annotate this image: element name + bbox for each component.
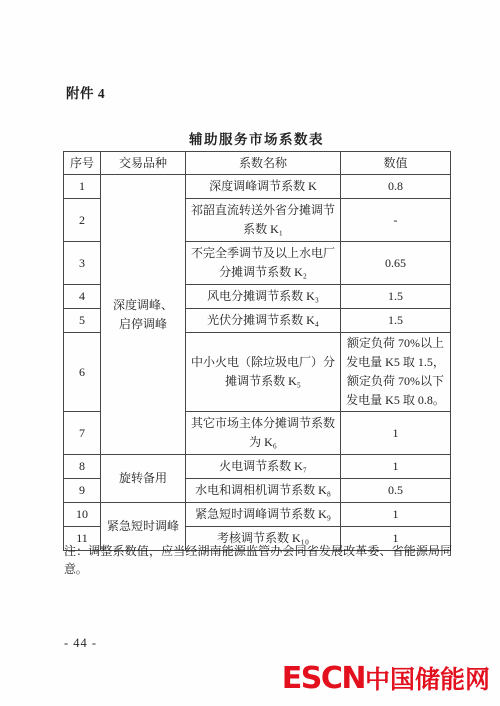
document-page: 附件 4 辅助服务市场系数表 序号 交易品种 系数名称 数值 1 深度调峰、 启… (0, 0, 500, 706)
seq-cell: 9 (64, 479, 101, 503)
escn-logo-cjk: 中国储能网 (365, 665, 490, 694)
coeff-name-cell: 深度调峰调节系数 K (186, 175, 341, 199)
value-cell: 0.8 (341, 175, 451, 199)
table-row: 10 紧急短时调峰 紧急短时调峰调节系数 K₉ 1 (64, 503, 451, 527)
coeff-name-cell: 紧急短时调峰调节系数 K₉ (186, 503, 341, 527)
note-text: 注：调整系数值，应当经湖南能源监管办会同省发展改革委、省能源局同意。 (64, 543, 452, 578)
coefficient-table: 序号 交易品种 系数名称 数值 1 深度调峰、 启停调峰 深度调峰调节系数 K … (63, 151, 451, 551)
header-coeff-name: 系数名称 (186, 152, 341, 175)
product-group-cell: 深度调峰、 启停调峰 (101, 175, 186, 455)
value-cell: 0.5 (341, 479, 451, 503)
value-cell: 1.5 (341, 285, 451, 309)
value-cell: 1 (341, 412, 451, 455)
table-row: 1 深度调峰、 启停调峰 深度调峰调节系数 K 0.8 (64, 175, 451, 199)
table-row: 8 旋转备用 火电调节系数 K₇ 1 (64, 455, 451, 479)
value-cell: 0.65 (341, 242, 451, 285)
attachment-label: 附件 4 (66, 82, 105, 102)
seq-cell: 5 (64, 309, 101, 333)
seq-cell: 7 (64, 412, 101, 455)
value-cell: 1 (341, 455, 451, 479)
seq-cell: 10 (64, 503, 101, 527)
seq-cell: 4 (64, 285, 101, 309)
coeff-name-cell: 不完全季调节及以上水电厂分摊调节系数 K₂ (186, 242, 341, 285)
coeff-name-cell: 其它市场主体分摊调节系数为 K₆ (186, 412, 341, 455)
page-number: - 44 - (64, 636, 97, 651)
escn-logo-latin: ESCN (282, 661, 365, 696)
seq-cell: 3 (64, 242, 101, 285)
value-cell: - (341, 199, 451, 242)
escn-logo: ESCN中国储能网 (282, 661, 490, 702)
value-cell: 1 (341, 503, 451, 527)
seq-cell: 8 (64, 455, 101, 479)
product-group-cell: 旋转备用 (101, 455, 186, 503)
header-product-type: 交易品种 (101, 152, 186, 175)
value-cell: 额定负荷 70%以上 发电量 K5 取 1.5， 额定负荷 70%以下 发电量 … (341, 333, 451, 412)
coeff-name-cell: 风电分摊调节系数 K₃ (186, 285, 341, 309)
table-title: 辅助服务市场系数表 (63, 128, 450, 148)
value-cell: 1.5 (341, 309, 451, 333)
table-header-row: 序号 交易品种 系数名称 数值 (64, 152, 451, 175)
coeff-name-cell: 光伏分摊调节系数 K₄ (186, 309, 341, 333)
seq-cell: 6 (64, 333, 101, 412)
coeff-name-cell: 祁韶直流转送外省分摊调节系数 K₁ (186, 199, 341, 242)
seq-cell: 1 (64, 175, 101, 199)
header-value: 数值 (341, 152, 451, 175)
coeff-name-cell: 中小火电（除垃圾电厂）分摊调节系数 K₅ (186, 333, 341, 412)
coeff-name-cell: 火电调节系数 K₇ (186, 455, 341, 479)
coeff-name-cell: 水电和调相机调节系数 K₈ (186, 479, 341, 503)
seq-cell: 2 (64, 199, 101, 242)
header-seq: 序号 (64, 152, 101, 175)
